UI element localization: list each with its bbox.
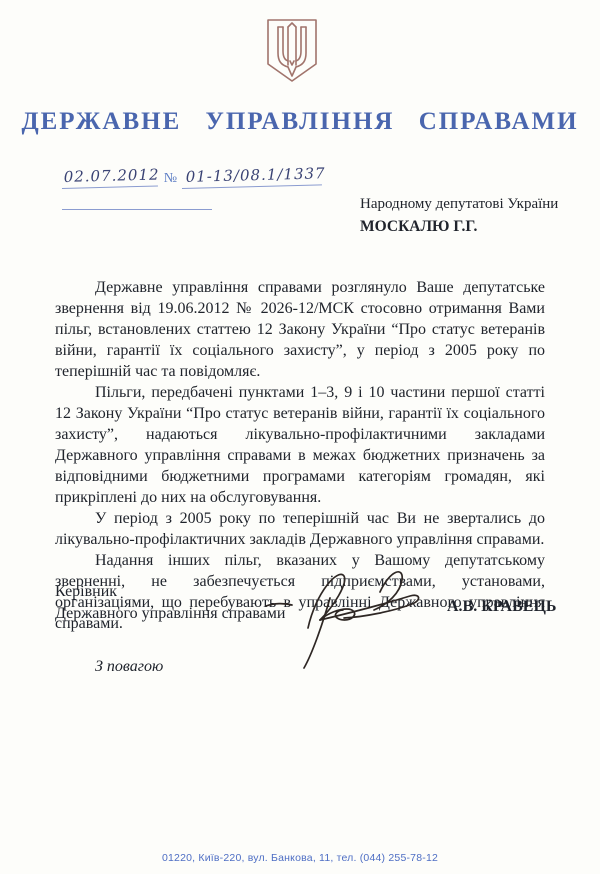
recipient-role: Народному депутатові України (360, 195, 560, 214)
paragraph: Державне управління справами розглянуло … (55, 277, 545, 382)
reference-line: 02.07.2012 № 01-13/08.1/1337 (62, 168, 322, 189)
recipient-name: МОСКАЛЮ Г.Г. (360, 217, 560, 236)
signer-position-line2: Державного управління справами (55, 603, 285, 625)
blank-underline (62, 209, 212, 210)
recipient-block: Народному депутатові України МОСКАЛЮ Г.Г… (360, 195, 560, 236)
handwritten-date: 02.07.2012 (61, 166, 157, 189)
signer-position: Керівник Державного управління справами (55, 581, 285, 625)
ukraine-coat-of-arms-icon (266, 18, 318, 84)
handwritten-ref-number: 01-13/08.1/1337 (182, 164, 322, 189)
paragraph: Пільги, передбачені пунктами 1–3, 9 і 10… (55, 382, 545, 508)
handwritten-signature-icon (262, 560, 437, 675)
signer-name: А.В. КРАВЕЦЬ (447, 598, 556, 616)
signer-position-line1: Керівник (55, 581, 285, 603)
footer-address: 01220, Київ-220, вул. Банкова, 11, тел. … (0, 852, 600, 864)
reference-block: 02.07.2012 № 01-13/08.1/1337 (62, 168, 322, 210)
paragraph: У період з 2005 року по теперішній час В… (55, 508, 545, 550)
organization-title: ДЕРЖАВНЕ УПРАВЛІННЯ СПРАВАМИ (0, 108, 600, 136)
official-letter-page: ДЕРЖАВНЕ УПРАВЛІННЯ СПРАВАМИ 02.07.2012 … (0, 0, 600, 874)
number-sign: № (164, 171, 177, 187)
